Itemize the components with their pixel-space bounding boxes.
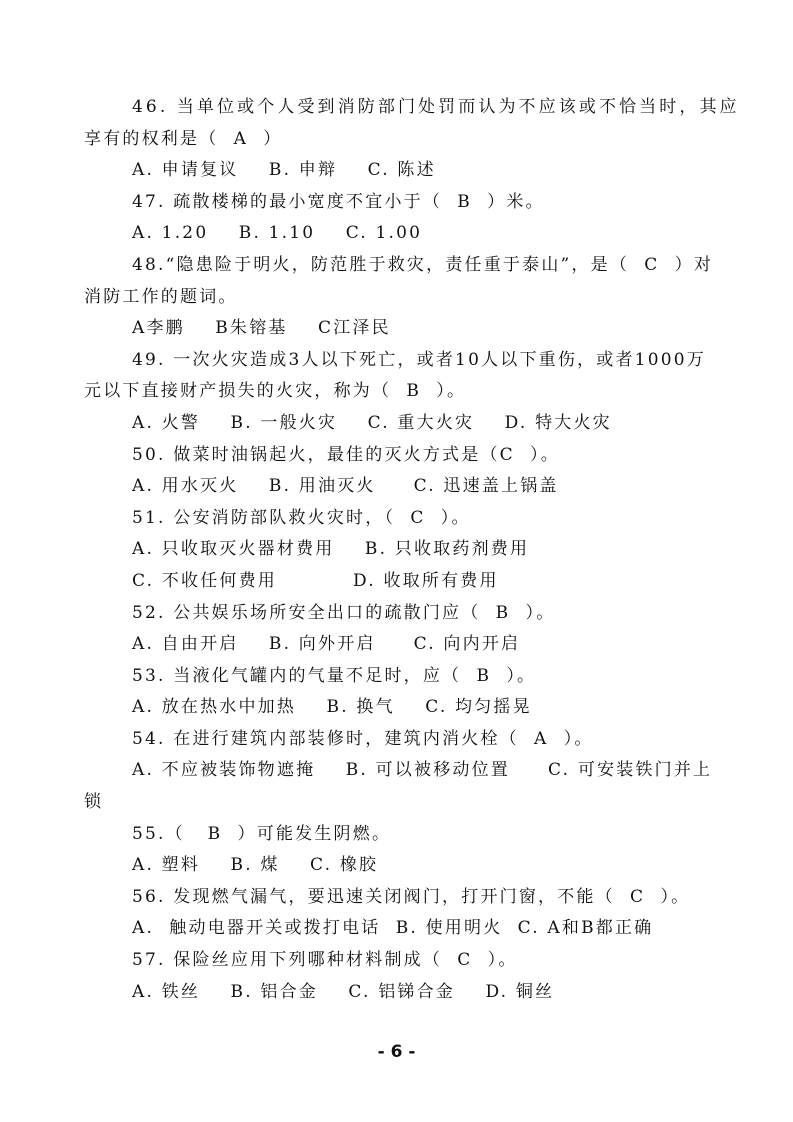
question-48: 48.“隐患险于明火，防范胜于救灾，责任重于泰山”，是（ C ）对 消防工作的题… xyxy=(84,250,706,345)
question-55: 55.（ B ）可能发生阴燃。 A. 塑料 B. 煤 C. 橡胶 xyxy=(84,819,706,882)
question-options: A. 铁丝 B. 铝合金 C. 铝锑合金 D. 铜丝 xyxy=(84,977,706,1009)
question-text: 52. 公共娱乐场所安全出口的疏散门应（ B ）。 xyxy=(84,598,706,630)
question-options: A. 触动电器开关或拨打电话 B. 使用明火 C. A和B都正确 xyxy=(84,913,706,945)
question-text-continued: 元以下直接财产损失的火灾，称为（ B ）。 xyxy=(84,376,706,408)
question-options: A. 用水灭火 B. 用油灭火 C. 迅速盖上锅盖 xyxy=(84,471,706,503)
question-list: 46. 当单位或个人受到消防部门处罚而认为不应该或不恰当时，其应 享有的权利是（… xyxy=(84,92,706,1008)
question-options: A. 塑料 B. 煤 C. 橡胶 xyxy=(84,850,706,882)
question-text-continued: 消防工作的题词。 xyxy=(84,282,706,314)
question-text: 56. 发现燃气漏气，要迅速关闭阀门，打开门窗，不能（ C ）。 xyxy=(84,882,706,914)
question-text-continued: 享有的权利是（ A ） xyxy=(84,124,706,156)
question-options: A. 1.20 B. 1.10 C. 1.00 xyxy=(84,218,706,250)
question-46: 46. 当单位或个人受到消防部门处罚而认为不应该或不恰当时，其应 享有的权利是（… xyxy=(84,92,706,187)
question-options: A. 申请复议 B. 申辩 C. 陈述 xyxy=(84,155,706,187)
page-number: - 6 - xyxy=(0,1042,793,1062)
question-options: A. 火警 B. 一般火灾 C. 重大火灾 D. 特大火灾 xyxy=(84,408,706,440)
question-53: 53. 当液化气罐内的气量不足时，应（ B ）。 A. 放在热水中加热 B. 换… xyxy=(84,661,706,724)
question-options: A李鹏 B朱镕基 C江泽民 xyxy=(84,313,706,345)
question-49: 49. 一次火灾造成3人以下死亡，或者10人以下重伤，或者1000万 元以下直接… xyxy=(84,345,706,440)
question-text: 54. 在进行建筑内部装修时，建筑内消火栓（ A ）。 xyxy=(84,724,706,756)
question-47: 47. 疏散楼梯的最小宽度不宜小于（ B ）米。 A. 1.20 B. 1.10… xyxy=(84,187,706,250)
question-text: 49. 一次火灾造成3人以下死亡，或者10人以下重伤，或者1000万 xyxy=(84,345,706,377)
question-57: 57. 保险丝应用下列哪种材料制成（ C ）。 A. 铁丝 B. 铝合金 C. … xyxy=(84,945,706,1008)
question-options: C. 不收任何费用 D. 收取所有费用 xyxy=(84,566,706,598)
question-text: 53. 当液化气罐内的气量不足时，应（ B ）。 xyxy=(84,661,706,693)
question-51: 51. 公安消防部队救火灾时，（ C ）。 A. 只收取灭火器材费用 B. 只收… xyxy=(84,503,706,598)
question-options: A. 不应被装饰物遮掩 B. 可以被移动位置 C. 可安装铁门并上 xyxy=(84,755,706,787)
document-page: 46. 当单位或个人受到消防部门处罚而认为不应该或不恰当时，其应 享有的权利是（… xyxy=(0,0,793,1122)
question-text: 47. 疏散楼梯的最小宽度不宜小于（ B ）米。 xyxy=(84,187,706,219)
question-options: A. 只收取灭火器材费用 B. 只收取药剂费用 xyxy=(84,534,706,566)
question-text: 48.“隐患险于明火，防范胜于救灾，责任重于泰山”，是（ C ）对 xyxy=(84,250,706,282)
question-options: A. 放在热水中加热 B. 换气 C. 均匀摇晃 xyxy=(84,692,706,724)
question-text: 55.（ B ）可能发生阴燃。 xyxy=(84,819,706,851)
question-text: 51. 公安消防部队救火灾时，（ C ）。 xyxy=(84,503,706,535)
question-52: 52. 公共娱乐场所安全出口的疏散门应（ B ）。 A. 自由开启 B. 向外开… xyxy=(84,598,706,661)
question-text: 57. 保险丝应用下列哪种材料制成（ C ）。 xyxy=(84,945,706,977)
question-text: 46. 当单位或个人受到消防部门处罚而认为不应该或不恰当时，其应 xyxy=(84,92,706,124)
question-text: 50. 做菜时油锅起火，最佳的灭火方式是（C ）。 xyxy=(84,440,706,472)
question-options: A. 自由开启 B. 向外开启 C. 向内开启 xyxy=(84,629,706,661)
question-54: 54. 在进行建筑内部装修时，建筑内消火栓（ A ）。 A. 不应被装饰物遮掩 … xyxy=(84,724,706,819)
question-56: 56. 发现燃气漏气，要迅速关闭阀门，打开门窗，不能（ C ）。 A. 触动电器… xyxy=(84,882,706,945)
question-options-continued: 锁 xyxy=(84,787,706,819)
question-50: 50. 做菜时油锅起火，最佳的灭火方式是（C ）。 A. 用水灭火 B. 用油灭… xyxy=(84,440,706,503)
